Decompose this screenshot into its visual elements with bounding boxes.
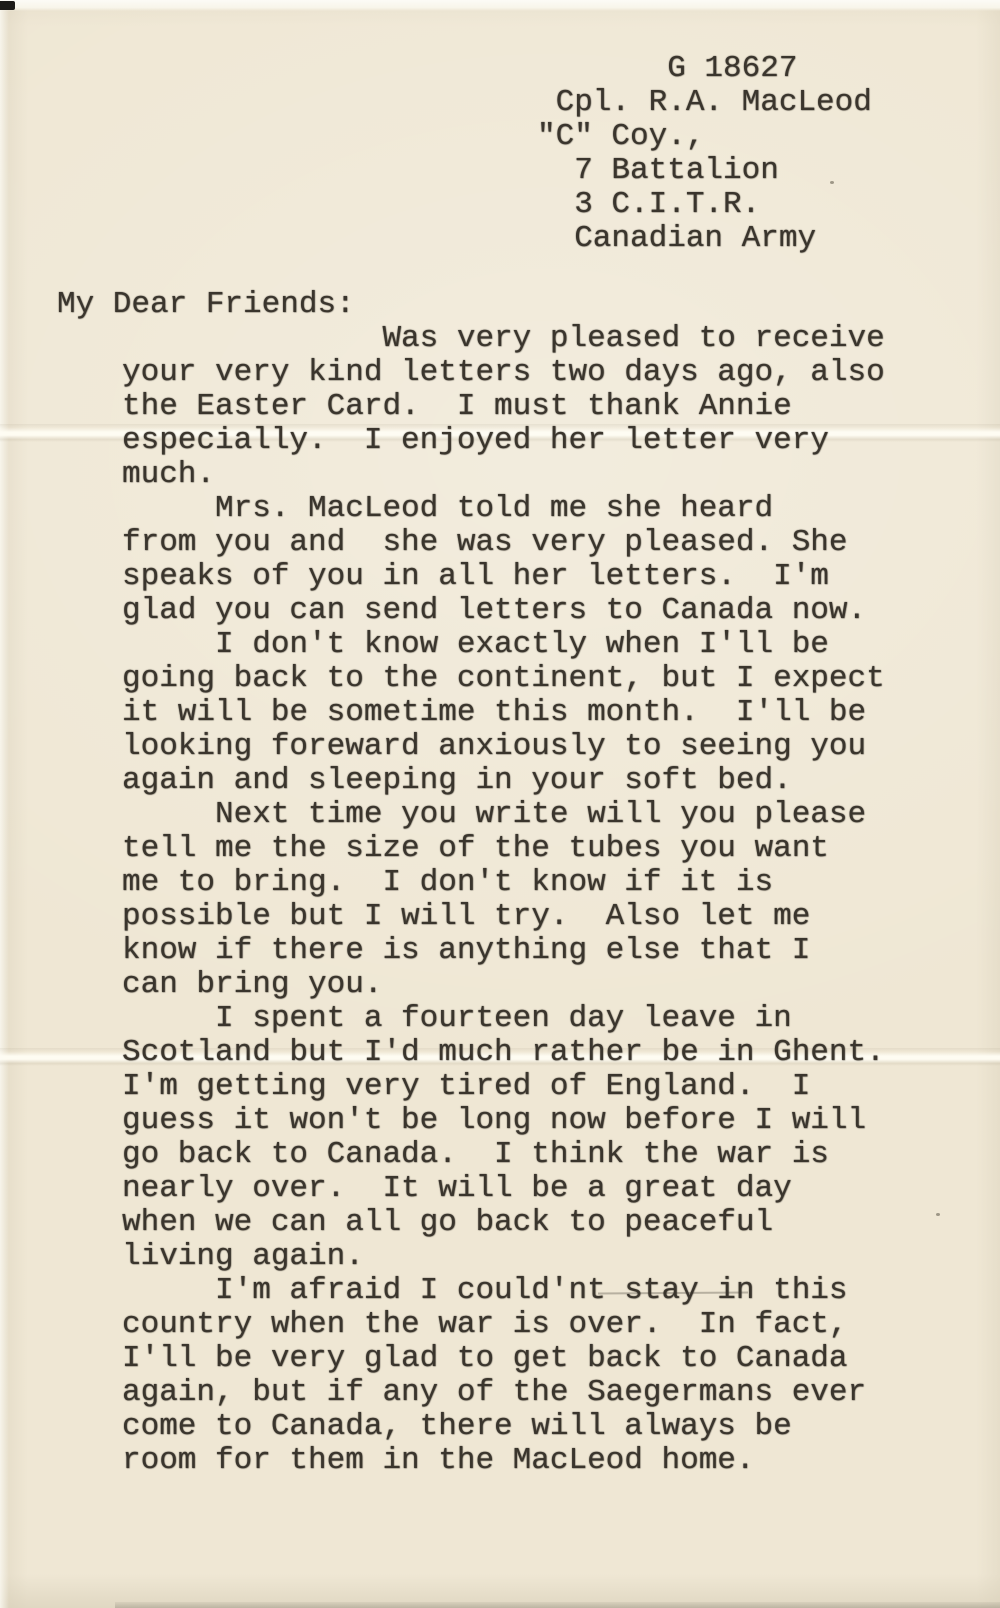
scan-edge-top: [0, 0, 1000, 11]
sender-address-block: G 18627 Cpl. R.A. MacLeod "C" Coy., 7 Ba…: [537, 52, 872, 256]
paper-left-edge: [0, 8, 9, 1608]
scanned-letter-page: G 18627 Cpl. R.A. MacLeod "C" Coy., 7 Ba…: [0, 0, 1000, 1608]
salutation: My Dear Friends:: [57, 288, 355, 322]
ink-speck: [936, 1213, 940, 1216]
letter-body: Was very pleased to receive your very ki…: [122, 322, 885, 1478]
scan-corner-mark: [0, 1, 15, 10]
scan-edge-bottom: [115, 1602, 1000, 1608]
